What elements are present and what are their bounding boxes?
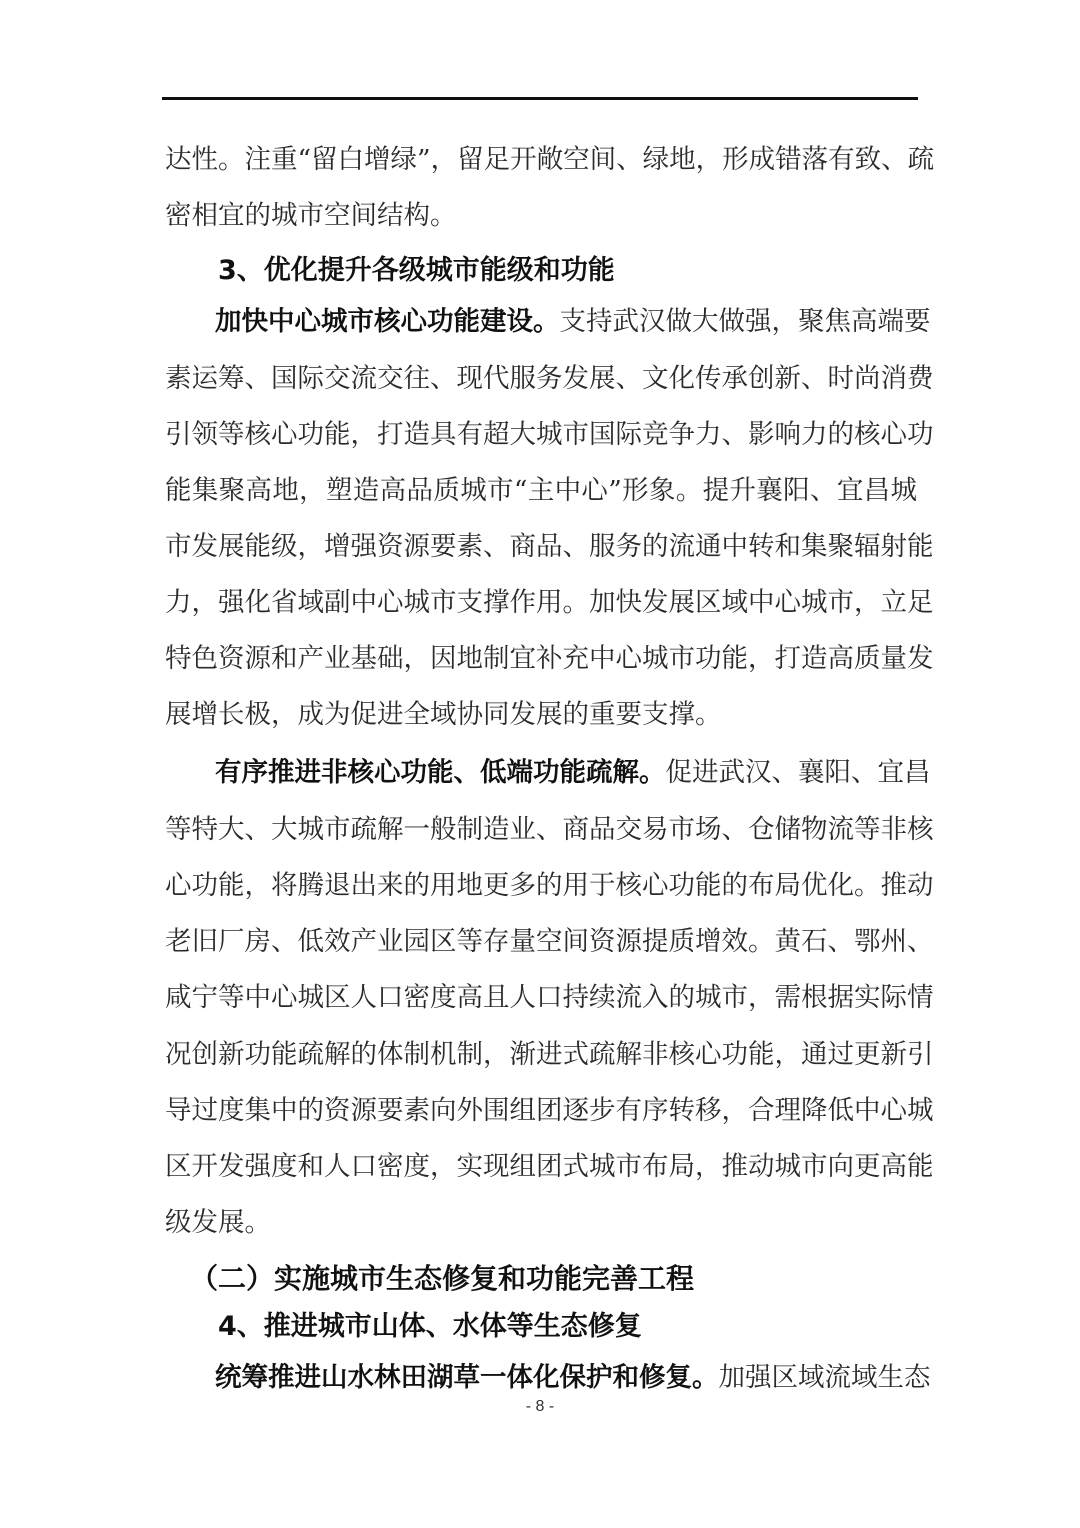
body-text: 加强区域流域生态: [719, 1362, 931, 1393]
body-text-line: 心功能，将腾退出来的用地更多的用于核心功能的布局优化。推动: [165, 866, 917, 906]
body-text-line: 力，强化省域副中心城市支撑作用。加快发展区域中心城市，立足: [165, 583, 917, 623]
body-text-line: 特色资源和产业基础，因地制宜补充中心城市功能，打造高质量发: [165, 639, 917, 679]
bold-lead: 加快中心城市核心功能建设。: [215, 306, 560, 337]
body-text-line: 市发展能级，增强资源要素、商品、服务的流通中转和集聚辐射能: [165, 527, 917, 567]
body-text-line: 导过度集中的资源要素向外围组团逐步有序转移，合理降低中心城: [165, 1091, 917, 1131]
body-text-line: 老旧厂房、低效产业园区等存量空间资源提质增效。黄石、鄂州、: [165, 922, 917, 962]
bold-lead: 统筹推进山水林田湖草一体化保护和修复。: [215, 1362, 719, 1393]
body-text-line: 等特大、大城市疏解一般制造业、商品交易市场、仓储物流等非核: [165, 810, 917, 850]
paragraph-1-first-line: 加快中心城市核心功能建设。支持武汉做大做强，聚焦高端要: [215, 302, 917, 342]
paragraph-2-first-line: 有序推进非核心功能、低端功能疏解。促进武汉、襄阳、宜昌: [215, 753, 917, 793]
body-text-line: 素运筹、国际交流交往、现代服务发展、文化传承创新、时尚消费: [165, 359, 917, 399]
heading-4: 4、推进城市山体、水体等生态修复: [218, 1307, 642, 1347]
body-text-line: 级发展。: [165, 1203, 917, 1243]
body-text-line: 展增长极，成为促进全域协同发展的重要支撑。: [165, 695, 917, 735]
header-rule: [162, 97, 918, 100]
body-text-line: 能集聚高地，塑造高品质城市“主中心”形象。提升襄阳、宜昌城: [165, 471, 917, 511]
heading-3: 3、优化提升各级城市能级和功能: [218, 251, 615, 291]
paragraph-3-first-line: 统筹推进山水林田湖草一体化保护和修复。加强区域流域生态: [215, 1358, 917, 1398]
bold-lead: 有序推进非核心功能、低端功能疏解。: [215, 757, 666, 788]
section-heading-2: （二）实施城市生态修复和功能完善工程: [190, 1259, 694, 1299]
body-text-line: 区开发强度和人口密度，实现组团式城市布局，推动城市向更高能: [165, 1147, 917, 1187]
body-text-line: 达性。注重“留白增绿”，留足开敞空间、绿地，形成错落有致、疏: [165, 140, 917, 180]
body-text-line: 引领等核心功能，打造具有超大城市国际竞争力、影响力的核心功: [165, 415, 917, 455]
body-text: 促进武汉、襄阳、宜昌: [666, 757, 931, 788]
body-text-line: 咸宁等中心城区人口密度高且人口持续流入的城市，需根据实际情: [165, 978, 917, 1018]
page-number: - 8 -: [0, 1398, 1080, 1416]
body-text-line: 况创新功能疏解的体制机制，渐进式疏解非核心功能，通过更新引: [165, 1035, 917, 1075]
body-text-line: 密相宜的城市空间结构。: [165, 196, 917, 236]
body-text: 支持武汉做大做强，聚焦高端要: [560, 306, 931, 337]
